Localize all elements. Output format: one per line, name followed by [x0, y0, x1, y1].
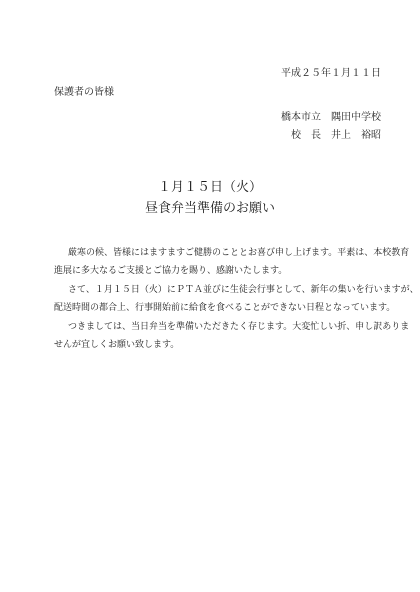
document-date: 平成２５年１月１１日 — [281, 68, 381, 80]
sender-principal: 校 長 井上 裕昭 — [291, 130, 381, 142]
body-line: さて、１月１５日（火）にＰＴＡ並びに生徒会行事として、新年の集いを行いますが、 — [68, 285, 419, 296]
sender-school: 橋本市立 隅田中学校 — [281, 112, 381, 124]
body-line: つきましては、当日弁当を準備いただきたく存じます。大変忙しい折、申し訳ありま — [68, 322, 409, 333]
body-line: せんが宜しくお願い致します。 — [54, 340, 179, 351]
title-date: １月１５日（火） — [0, 180, 420, 196]
addressee: 保護者の皆様 — [54, 87, 114, 99]
title-subject: 昼食弁当準備のお願い — [0, 201, 420, 217]
body-line: 進展に多大なるご支援とご協力を賜り、感謝いたします。 — [54, 266, 287, 277]
document-page: 平成２５年１月１１日 保護者の皆様 橋本市立 隅田中学校 校 長 井上 裕昭 １… — [0, 0, 420, 592]
body-line: 厳寒の候、皆様にはますますご健勝のこととお喜び申し上げます。平素は、本校教育 — [68, 248, 409, 259]
body-line: 配送時間の都合上、行事開始前に給食を食べることができない日程となっています。 — [54, 303, 395, 314]
